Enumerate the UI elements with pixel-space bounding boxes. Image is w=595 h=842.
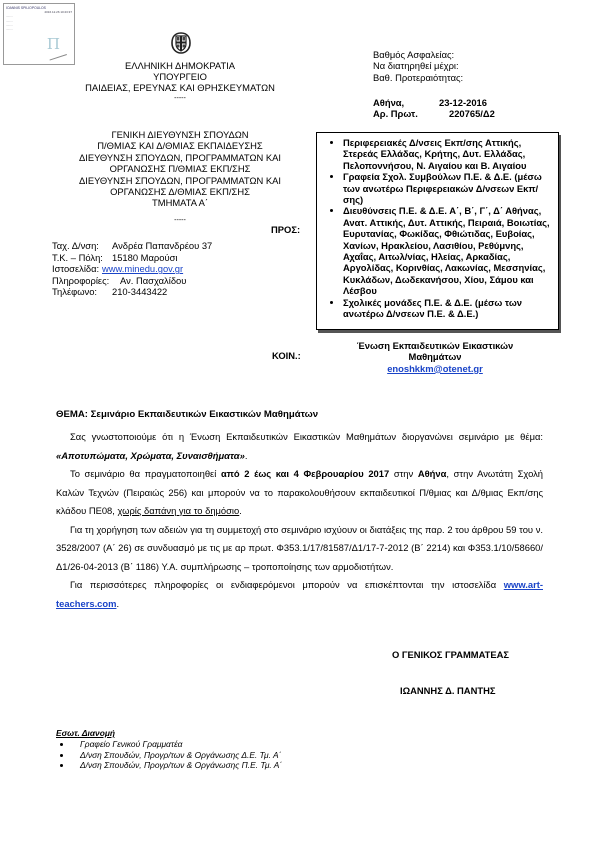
digital-signature-stamp: IOANNIS SPILIOPOULOS 2016.12.26 10:23:37… — [3, 3, 75, 65]
recipient-item: Διευθύνσεις Π.Ε. & Δ.Ε. Α΄, Β΄, Γ΄, Δ΄ Α… — [343, 205, 554, 296]
department-line: Π/ΘΜΙΑΣ ΚΑΙ Δ/ΘΜΙΑΣ ΕΚΠΑΙΔΕΥΣΗΣ — [60, 140, 300, 151]
city-label: Τ.Κ. – Πόλη: — [52, 252, 112, 264]
city-value: 15180 Μαρούσι — [112, 252, 177, 264]
address-value: Ανδρέα Παπανδρέου 37 — [112, 240, 212, 252]
address-label: Ταχ. Δ/νση: — [52, 240, 112, 252]
ministry-header: ΕΛΛΗΝΙΚΗ ΔΗΜΟΚΡΑΤΙΑ ΥΠΟΥΡΓΕΙΟ ΠΑΙΔΕΙΑΣ, … — [100, 60, 260, 104]
paragraph: Για περισσότερες πληροφορίες οι ενδιαφερ… — [56, 576, 543, 613]
stamp-pi-mark: Π — [47, 42, 60, 46]
protocol-label: Αρ. Πρωτ. — [373, 108, 439, 119]
separator: ----- — [100, 93, 260, 104]
priority-label: Βαθ. Προτεραιότητας: — [373, 72, 463, 83]
distribution-item: Δ/νση Σπουδών, Προγρ/των & Οργάνωσης Δ.Ε… — [72, 750, 282, 761]
distribution-heading: Εσωτ. Διανομή — [56, 728, 282, 739]
internal-distribution: Εσωτ. Διανομή Γραφείο Γενικού Γραμματέα … — [56, 728, 282, 771]
no-cost-note: χωρίς δαπάνη για το δημόσιο — [117, 505, 239, 516]
website-link[interactable]: www.minedu.gov.gr — [102, 263, 183, 275]
recipient-item: Γραφεία Σχολ. Συμβούλων Π.Ε. & Δ.Ε. (μέσ… — [343, 171, 554, 205]
greek-coat-of-arms-icon — [169, 31, 193, 55]
department-line: ΟΡΓΑΝΩΣΗΣ Δ/ΘΜΙΑΣ ΕΚΠ/ΣΗΣ — [60, 186, 300, 197]
text: στην — [389, 468, 418, 479]
subject-line: ΘΕΜΑ: Σεμινάριο Εκπαιδευτικών Εικαστικών… — [56, 409, 318, 420]
recipients-label: ΠΡΟΣ: — [271, 224, 300, 235]
department-line: ΟΡΓΑΝΩΣΗΣ Π/ΘΜΙΑΣ ΕΚΠ/ΣΗΣ — [60, 163, 300, 174]
cc-block: Ένωση Εκπαιδευτικών Εικαστικών Μαθημάτων… — [335, 340, 535, 374]
paragraph: Σας γνωστοποιούμε ότι η Ένωση Εκπαιδευτι… — [56, 428, 543, 465]
cc-org: Μαθημάτων — [335, 351, 535, 362]
header-line: ΥΠΟΥΡΓΕΙΟ — [100, 71, 260, 82]
website-label: Ιστοσελίδα: — [52, 263, 102, 275]
department-line: ΓΕΝΙΚΗ ΔΙΕΥΘΥΝΣΗ ΣΠΟΥΔΩΝ — [60, 129, 300, 140]
letter-body: Σας γνωστοποιούμε ότι η Ένωση Εκπαιδευτι… — [56, 428, 543, 613]
stamp-line: ........ — [6, 27, 72, 31]
phone-value: 210-3443422 — [112, 286, 167, 298]
paragraph: Για τη χορήγηση των αδειών για τη συμμετ… — [56, 521, 543, 577]
text: Το σεμινάριο θα πραγματοποιηθεί — [70, 468, 221, 479]
cc-email-link[interactable]: enoshkkm@otenet.gr — [387, 363, 483, 374]
contact-info: Ταχ. Δ/νση:Ανδρέα Παπανδρέου 37 Τ.Κ. – Π… — [52, 240, 212, 298]
text: Για περισσότερες πληροφορίες οι ενδιαφερ… — [70, 579, 504, 590]
paragraph: Το σεμινάριο θα πραγματοποιηθεί από 2 έω… — [56, 465, 543, 521]
cc-org: Ένωση Εκπαιδευτικών Εικαστικών — [335, 340, 535, 351]
signatory-name: ΙΩΑΝΝΗΣ Δ. ΠΑΝΤΗΣ — [400, 685, 495, 696]
security-label: Βαθμός Ασφαλείας: — [373, 49, 463, 60]
text: . — [245, 450, 248, 461]
department-block: ΓΕΝΙΚΗ ΔΙΕΥΘΥΝΣΗ ΣΠΟΥΔΩΝ Π/ΘΜΙΑΣ ΚΑΙ Δ/Θ… — [60, 129, 300, 226]
header-line: ΠΑΙΔΕΙΑΣ, ΕΡΕΥΝΑΣ ΚΑΙ ΘΡΗΣΚΕΥΜΑΤΩΝ — [80, 82, 280, 93]
distribution-item: Δ/νση Σπουδών, Προγρ/των & Οργάνωσης Π.Ε… — [72, 760, 282, 771]
document-meta: Βαθμός Ασφαλείας: Να διατηρηθεί μέχρι: Β… — [373, 49, 463, 83]
info-label: Πληροφορίες: — [52, 275, 120, 287]
cc-label: ΚΟΙΝ.: — [272, 350, 301, 361]
department-line: ΤΜΗΜΑΤΑ Α΄ — [60, 197, 300, 208]
seminar-city: Αθήνα — [418, 468, 447, 479]
date-protocol: Αθήνα,23-12-2016 Αρ. Πρωτ.220765/Δ2 — [373, 97, 495, 120]
protocol-number: 220765/Δ2 — [449, 108, 495, 119]
recipient-item: Σχολικές μονάδες Π.Ε. & Δ.Ε. (μέσω των α… — [343, 297, 554, 320]
place-label: Αθήνα, — [373, 97, 439, 108]
recipients-box: Περιφερειακές Δ/νσεις Εκπ/σης Αττικής, Σ… — [316, 132, 559, 330]
department-line: ΔΙΕΥΘΥΝΣΗ ΣΠΟΥΔΩΝ, ΠΡΟΓΡΑΜΜΑΤΩΝ ΚΑΙ — [60, 152, 300, 163]
text: Σας γνωστοποιούμε ότι η Ένωση Εκπαιδευτι… — [70, 431, 543, 442]
seminar-dates: από 2 έως και 4 Φεβρουαρίου 2017 — [221, 468, 389, 479]
seminar-title: «Αποτυπώματα, Χρώματα, Συναισθήματα» — [56, 450, 245, 461]
info-value: Αν. Πασχαλίδου — [120, 275, 186, 287]
separator: ----- — [60, 215, 300, 226]
phone-label: Τηλέφωνο: — [52, 286, 112, 298]
recipient-item: Περιφερειακές Δ/νσεις Εκπ/σης Αττικής, Σ… — [343, 137, 554, 171]
document-date: 23-12-2016 — [439, 97, 487, 108]
department-line: ΔΙΕΥΘΥΝΣΗ ΣΠΟΥΔΩΝ, ΠΡΟΓΡΑΜΜΑΤΩΝ ΚΑΙ — [60, 175, 300, 186]
retain-label: Να διατηρηθεί μέχρι: — [373, 60, 463, 71]
text: . — [116, 598, 119, 609]
signatory-title: Ο ΓΕΝΙΚΟΣ ΓΡΑΜΜΑΤΕΑΣ — [392, 649, 509, 660]
header-line: ΕΛΛΗΝΙΚΗ ΔΗΜΟΚΡΑΤΙΑ — [100, 60, 260, 71]
distribution-item: Γραφείο Γενικού Γραμματέα — [72, 739, 282, 750]
text: . — [239, 505, 242, 516]
